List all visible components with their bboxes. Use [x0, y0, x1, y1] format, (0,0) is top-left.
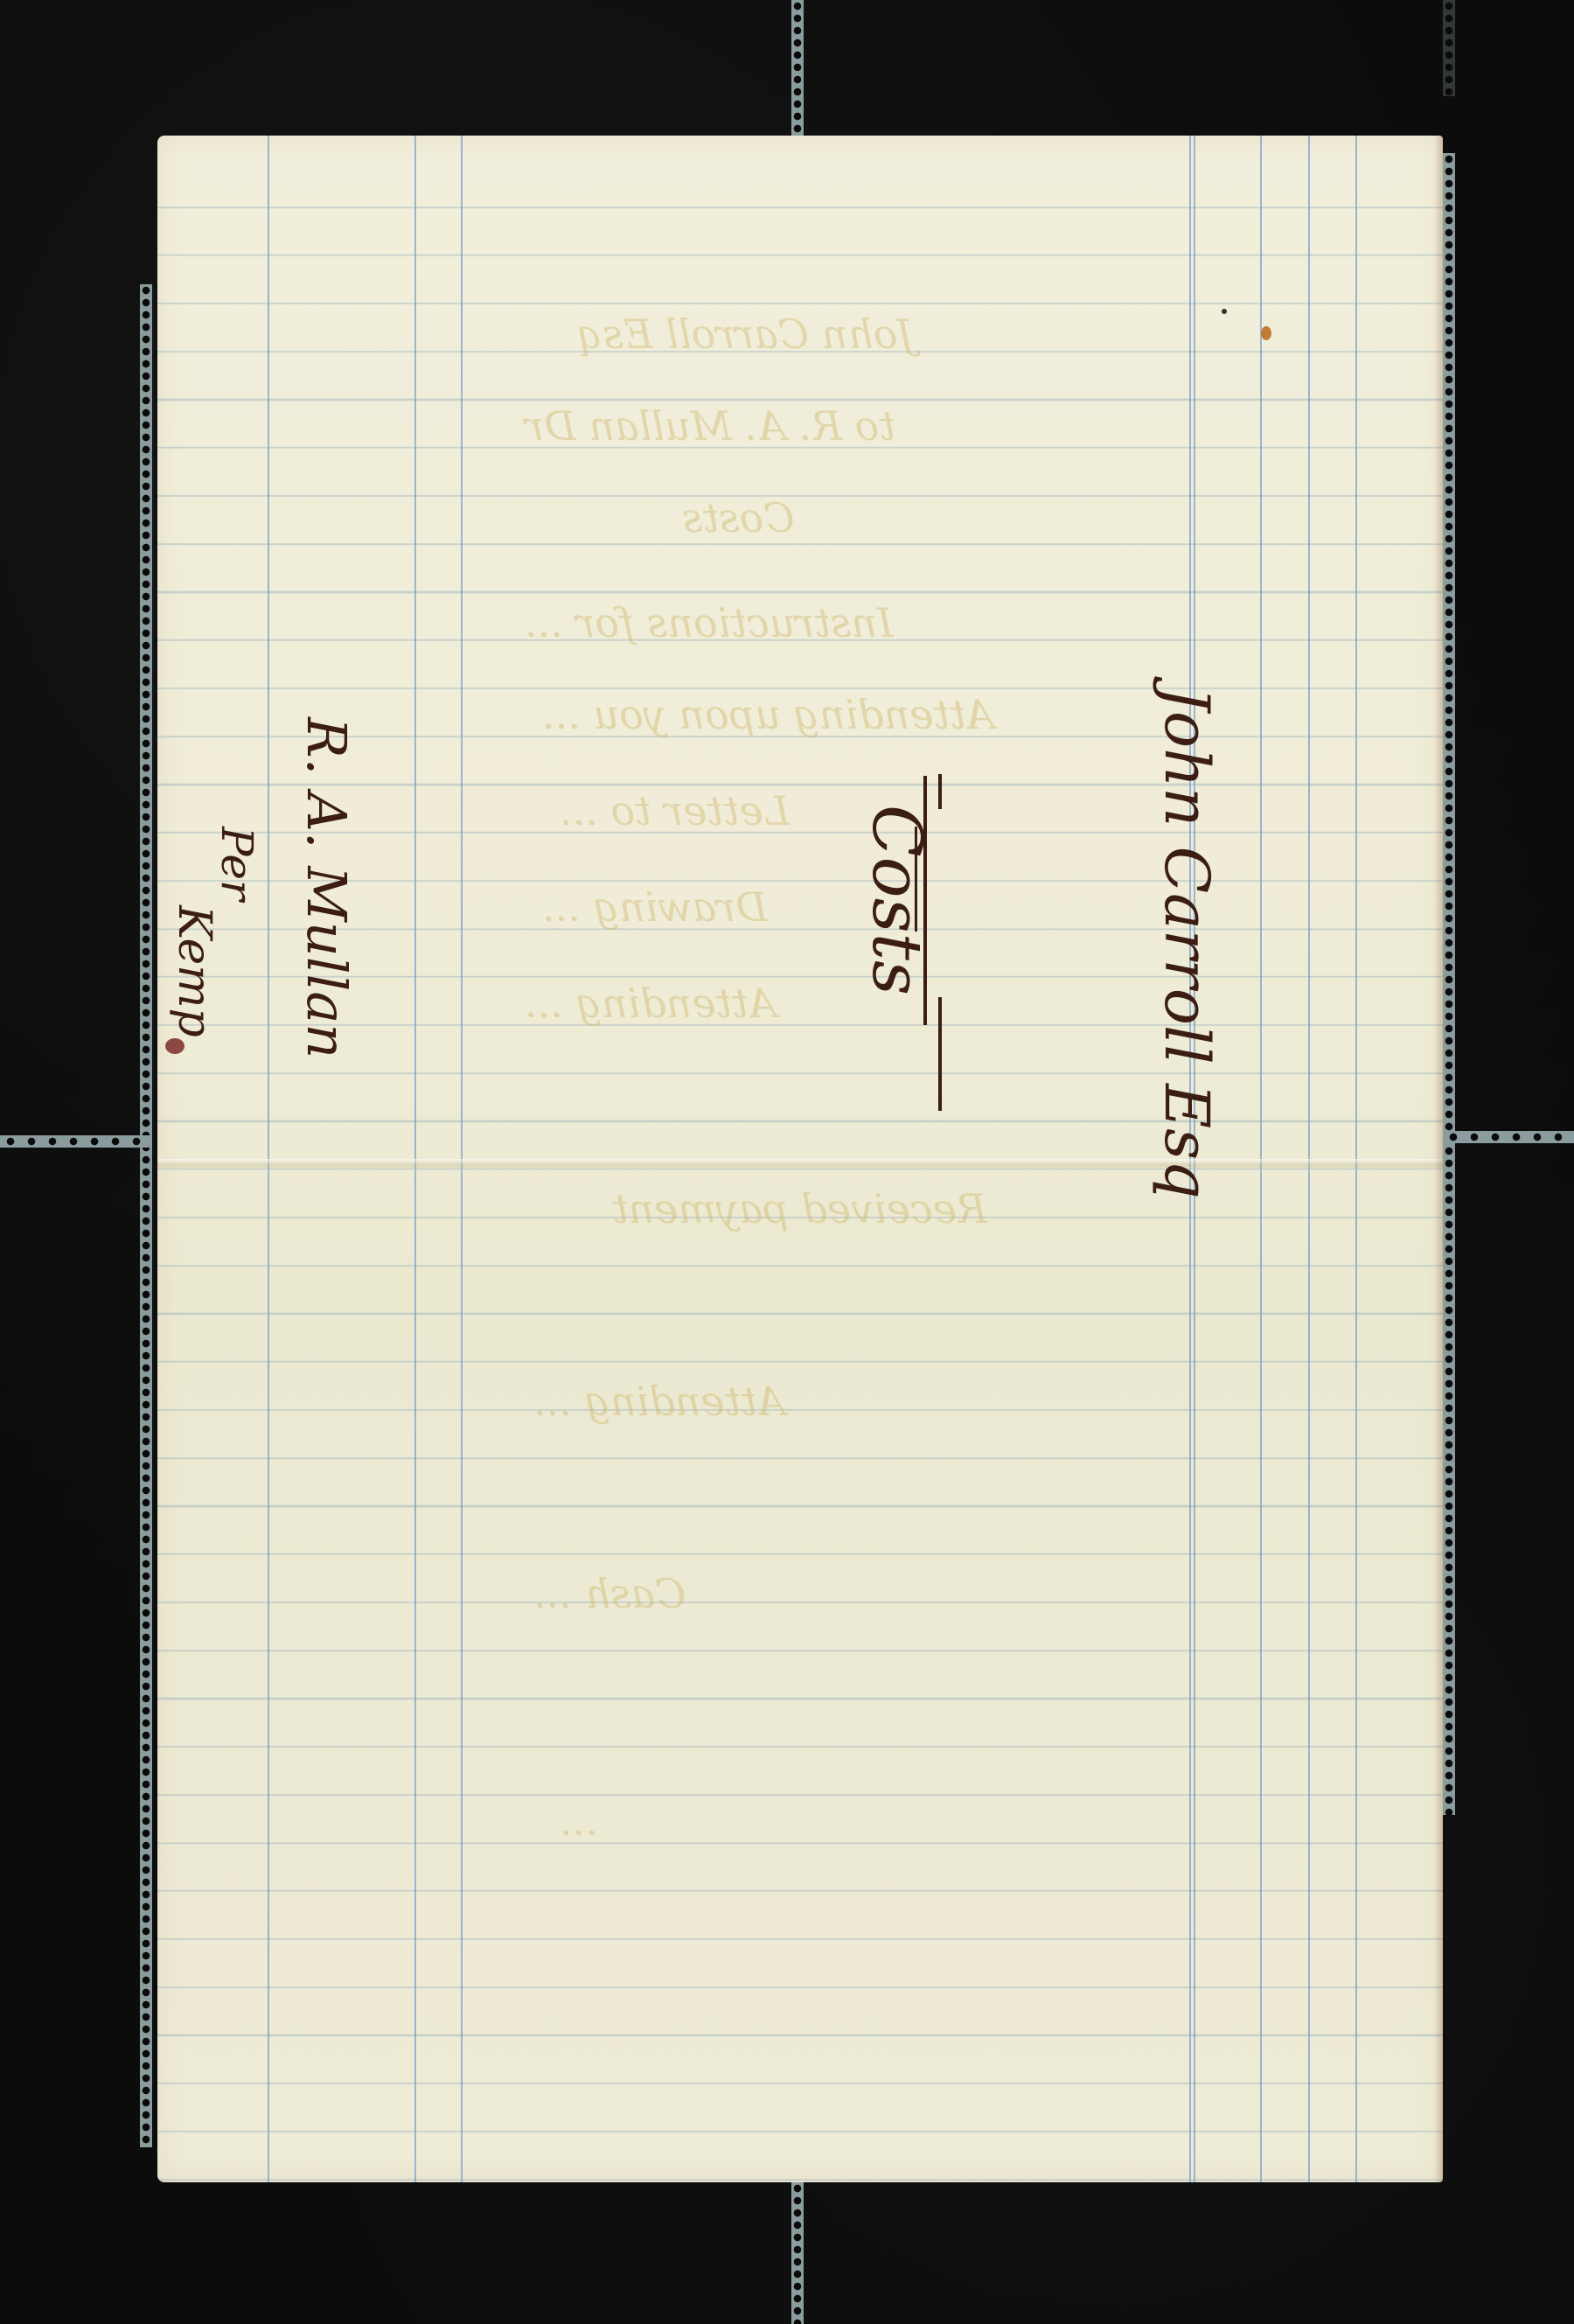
bleed-through-line: to R. A. Mullan Dr	[525, 402, 895, 450]
bleed-through-line: Attending upon you ...	[542, 691, 994, 738]
bleed-through-line: ...	[560, 1797, 598, 1845]
title-underline-short	[915, 827, 917, 932]
bleed-through-line: Drawing ...	[542, 883, 768, 931]
signature-name: R. A. Mullan	[295, 717, 359, 1058]
bleed-through-line: John Carroll Esq	[577, 311, 914, 358]
rust-stain	[1261, 326, 1271, 340]
title-dash-bottom	[938, 997, 942, 1111]
title-underline	[923, 776, 927, 1025]
bleed-through-line: Instructions for ...	[525, 599, 893, 646]
bleed-through-line: Attending ...	[533, 1378, 785, 1425]
mount-strip-top-center	[791, 0, 804, 140]
bleed-through-line: Received payment	[612, 1185, 987, 1232]
paper-fold-crease	[157, 1159, 1443, 1171]
bleed-through-line: Costs	[682, 494, 795, 541]
bleed-through-line: Attending ...	[525, 980, 777, 1027]
mount-strip-right	[1443, 153, 1455, 1815]
mount-strip-left-horizontal	[0, 1135, 150, 1148]
mount-strip-bottom-center	[791, 2182, 804, 2324]
mount-strip-right-horizontal	[1443, 1131, 1574, 1143]
signature-agent: Kemp	[168, 905, 220, 1037]
signature-per: Per	[212, 827, 262, 901]
mount-strip-top-right	[1443, 0, 1455, 96]
pin-hole	[1222, 309, 1227, 314]
mount-strip-left	[140, 284, 152, 2147]
document-paper: John Carroll Esq to R. A. Mullan Dr Cost…	[157, 136, 1443, 2182]
title-dash-top	[938, 774, 942, 809]
bleed-through-line: Cash ...	[533, 1570, 686, 1617]
bleed-through-line: Letter to ...	[560, 787, 790, 834]
ink-blot	[165, 1038, 185, 1054]
addressee-name: John Carroll Esq	[1151, 687, 1222, 1199]
